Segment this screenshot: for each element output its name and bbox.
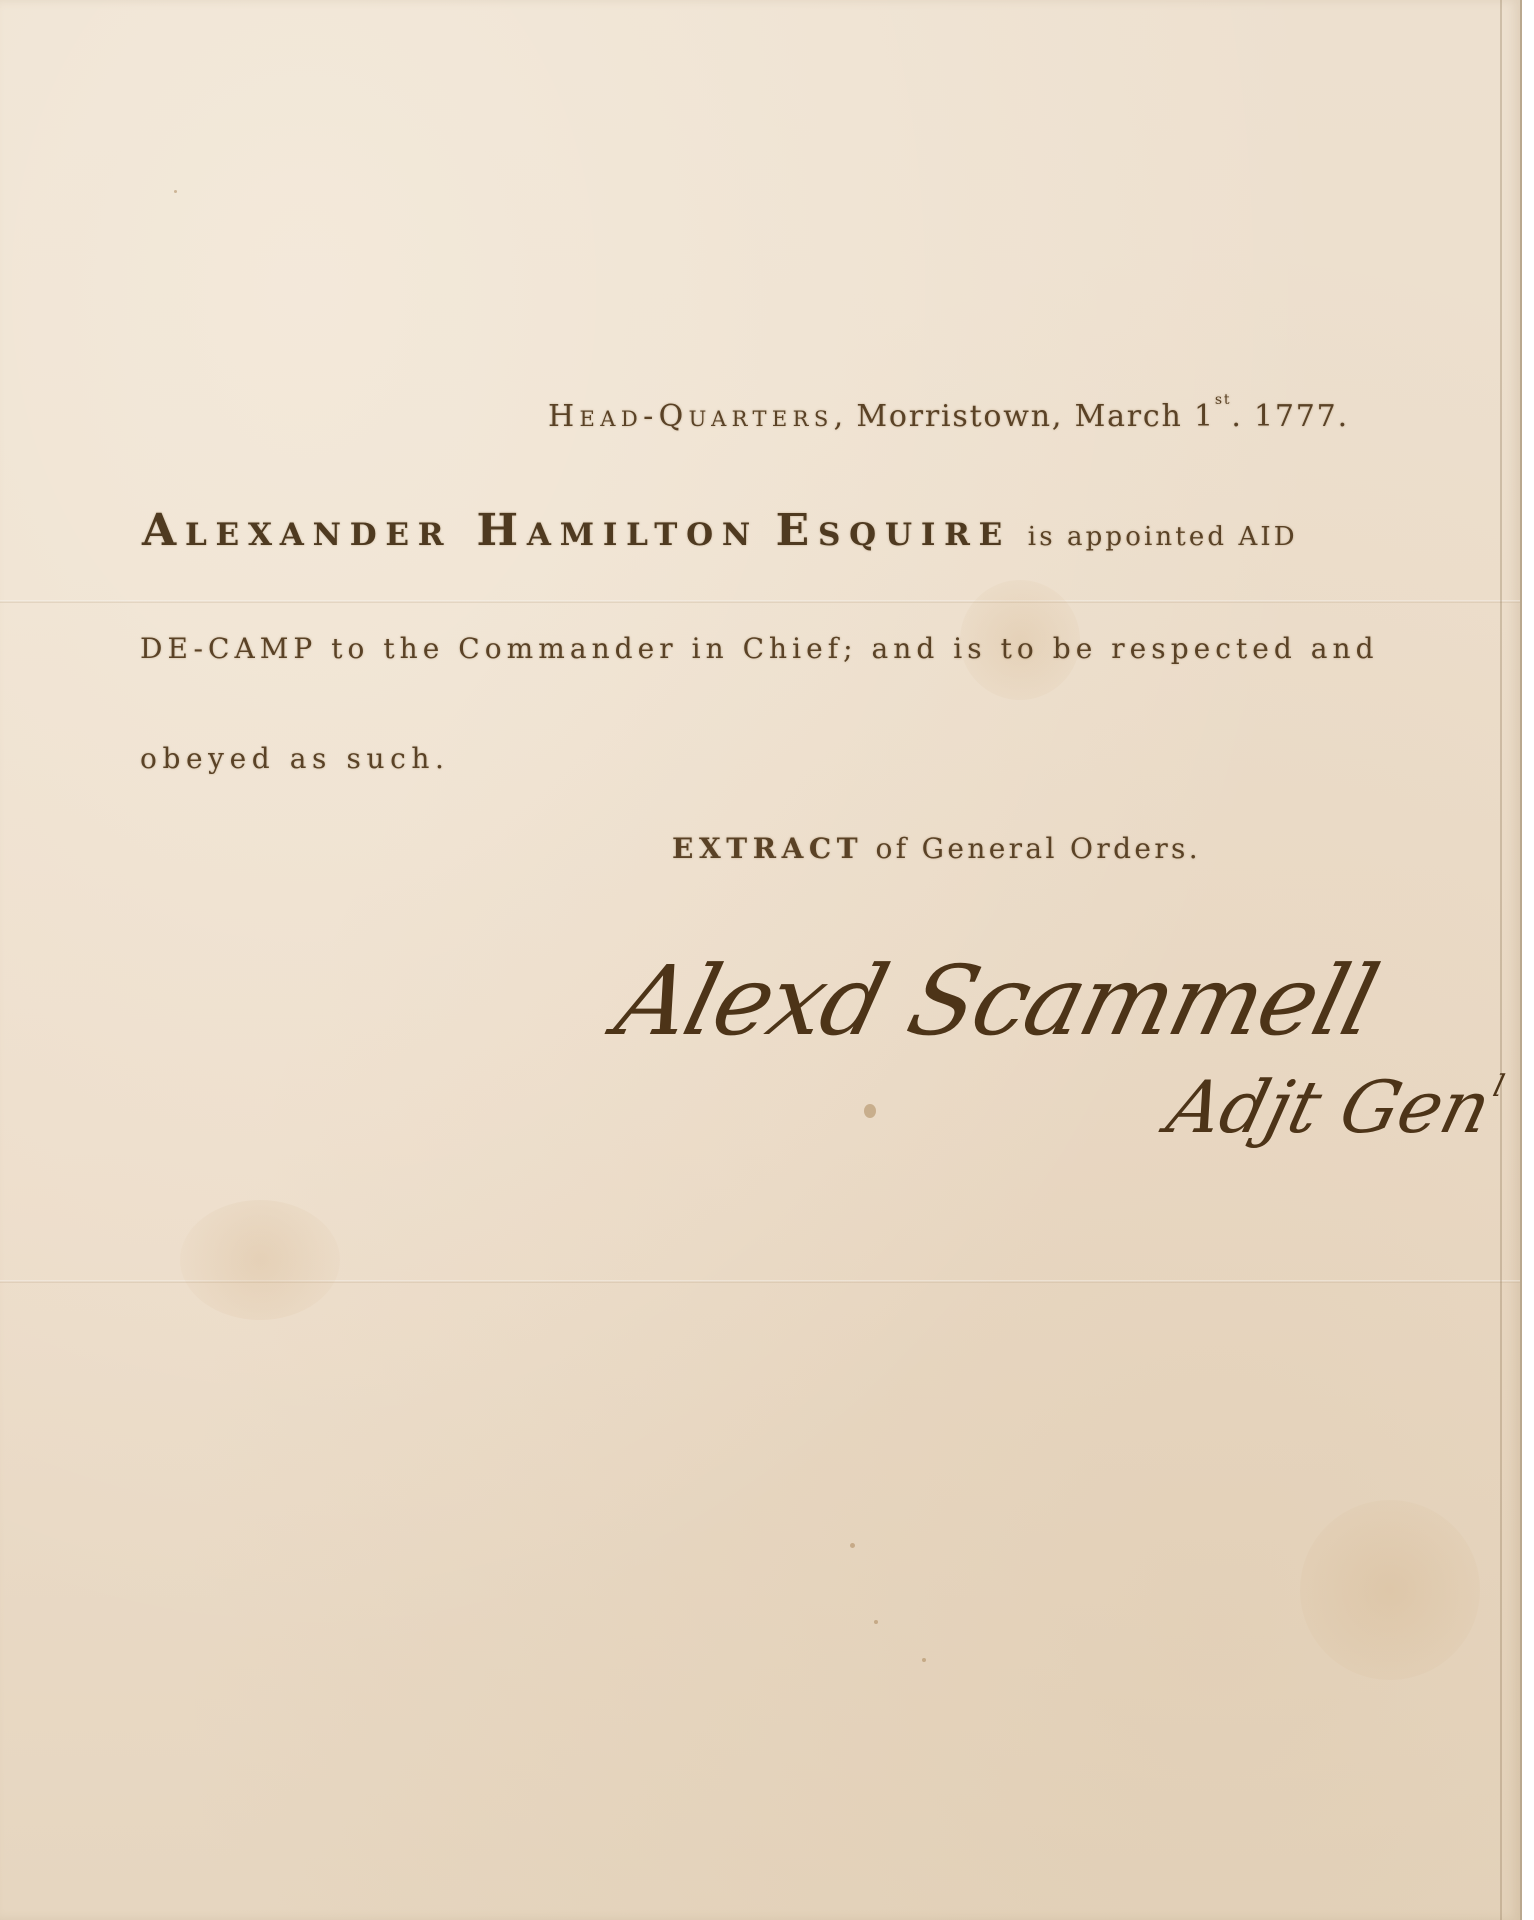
body-line-1: Alexander Hamilton Esquire is appointed … [142,505,1298,556]
ink-spot [874,1620,878,1624]
foxing-stain [180,1200,340,1320]
heading-day: 1 [1194,399,1215,434]
document-page: Head-Quarters, Morristown, March 1st. 17… [0,0,1522,1920]
signature-name: Alexd Scammell [606,945,1387,1057]
ink-spot [174,190,177,193]
signature-title: Adjt Genl [1160,1065,1509,1149]
appointee-title: Esquire [776,505,1011,556]
heading-place: Morristown [856,399,1052,434]
fold-line-right [1500,0,1502,1920]
ink-spot [922,1658,926,1662]
extract-word: EXTRACT [672,832,863,865]
heading-day-suffix: st [1215,392,1231,408]
body-line-2: DE-CAMP to the Commander in Chief; and i… [140,632,1379,665]
foxing-stain [1300,1500,1480,1680]
signature-title-text: Adjt Gen [1160,1065,1500,1149]
ink-spot [850,1543,855,1548]
heading-month: March [1075,399,1183,434]
extract-rest: of General Orders. [875,832,1201,865]
appointee-name: Alexander Hamilton [142,505,759,556]
extract-line: EXTRACT of General Orders. [672,832,1201,865]
ink-spot [864,1104,876,1118]
body-line-3: obeyed as such. [140,742,450,775]
body-line-1-rest: is appointed AID [1028,522,1298,552]
document-heading: Head-Quarters, Morristown, March 1st. 17… [548,392,1349,434]
heading-prefix: Head-Quarters [548,399,834,434]
heading-year: 1777 [1254,399,1338,434]
fold-line-upper [0,600,1520,603]
